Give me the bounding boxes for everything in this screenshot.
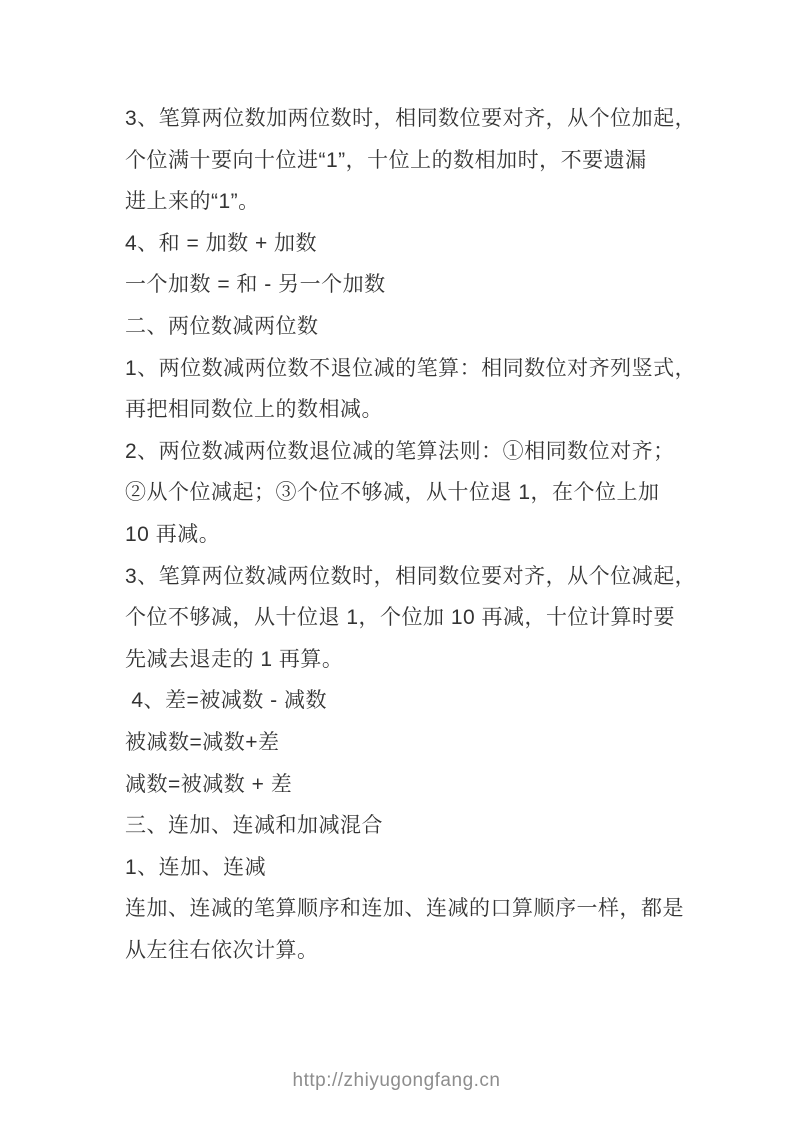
text-line: 3、笔算两位数加两位数时，相同数位要对齐，从个位加起， — [125, 98, 673, 140]
text-line: 从左往右依次计算。 — [125, 930, 673, 972]
text-line: 进上来的“1”。 — [125, 181, 673, 223]
text-line: 连加、连减的笔算顺序和连加、连减的口算顺序一样，都是 — [125, 888, 673, 930]
text-line: 1、连加、连减 — [125, 847, 673, 889]
text-line: 先减去退走的 1 再算。 — [125, 639, 673, 681]
text-line: ②从个位减起；③个位不够减，从十位退 1，在个位上加 — [125, 472, 673, 514]
text-line: 减数=被减数 + 差 — [125, 764, 673, 806]
text-line: 4、差=被减数 - 减数 — [125, 680, 673, 722]
text-line: 1、两位数减两位数不退位减的笔算：相同数位对齐列竖式， — [125, 348, 673, 390]
text-line: 3、笔算两位数减两位数时，相同数位要对齐，从个位减起， — [125, 556, 673, 598]
text-line: 一个加数 = 和 - 另一个加数 — [125, 264, 673, 306]
text-line: 个位不够减，从十位退 1，个位加 10 再减，十位计算时要 — [125, 597, 673, 639]
text-line: 个位满十要向十位进“1”，十位上的数相加时，不要遗漏 — [125, 140, 673, 182]
footer-url: http://zhiyugongfang.cn — [0, 1066, 793, 1096]
text-line: 10 再减。 — [125, 514, 673, 556]
text-line: 4、和 = 加数 + 加数 — [125, 223, 673, 265]
text-line: 二、两位数减两位数 — [125, 306, 673, 348]
text-column: 3、笔算两位数加两位数时，相同数位要对齐，从个位加起，个位满十要向十位进“1”，… — [125, 98, 673, 971]
text-line: 2、两位数减两位数退位减的笔算法则：①相同数位对齐； — [125, 431, 673, 473]
text-line: 被减数=减数+差 — [125, 722, 673, 764]
document-page: 3、笔算两位数加两位数时，相同数位要对齐，从个位加起，个位满十要向十位进“1”，… — [0, 0, 793, 1122]
text-line: 三、连加、连减和加减混合 — [125, 805, 673, 847]
text-line: 再把相同数位上的数相减。 — [125, 389, 673, 431]
